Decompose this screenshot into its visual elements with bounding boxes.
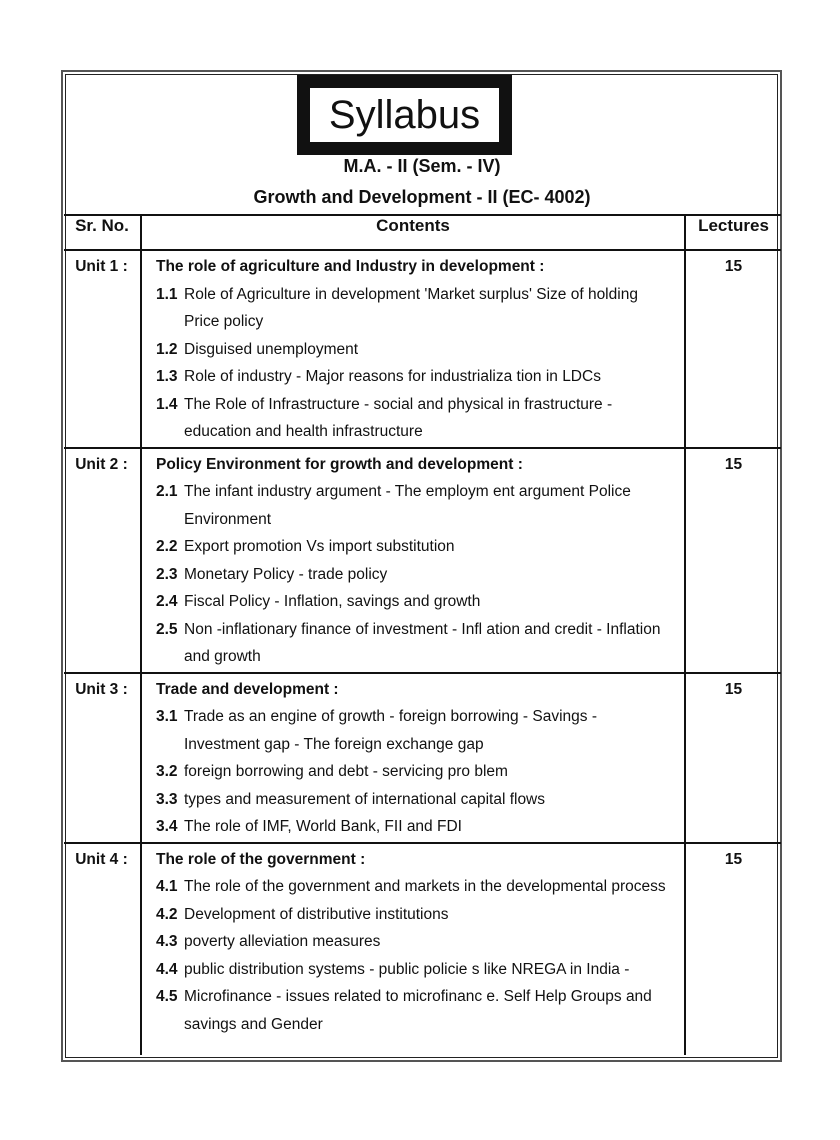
topic-item: 4.1The role of the government and market… (156, 873, 674, 901)
unit-row: Unit 3 : Trade and development : 3.1Trad… (64, 673, 781, 843)
topic-text: Export promotion Vs import substitution (184, 533, 674, 561)
unit-row: Unit 1 : The role of agriculture and Ind… (64, 250, 781, 448)
unit-title: The role of agriculture and Industry in … (156, 253, 674, 281)
topic-list: 1.1Role of Agriculture in development 'M… (156, 281, 674, 446)
spacer-cell (685, 1039, 781, 1055)
topic-item: 4.2Development of distributive instituti… (156, 901, 674, 929)
topic-item: 1.4The Role of Infrastructure - social a… (156, 391, 674, 446)
topic-number: 1.1 (156, 281, 184, 336)
topic-text: Role of Agriculture in development 'Mark… (184, 281, 674, 336)
topic-text: Development of distributive institutions (184, 901, 674, 929)
topic-text: Role of industry - Major reasons for ind… (184, 363, 674, 391)
topic-number: 4.1 (156, 873, 184, 901)
topic-number: 1.2 (156, 336, 184, 364)
unit-contents: Trade and development : 3.1Trade as an e… (141, 673, 685, 843)
unit-row: Unit 2 : Policy Environment for growth a… (64, 448, 781, 673)
topic-number: 1.4 (156, 391, 184, 446)
unit-title: The role of the government : (156, 846, 674, 874)
unit-title: Policy Environment for growth and develo… (156, 451, 674, 479)
unit-contents: The role of agriculture and Industry in … (141, 250, 685, 448)
topic-item: 4.4public distribution systems - public … (156, 956, 674, 984)
header-lectures: Lectures (685, 215, 781, 250)
syllabus-title-box: Syllabus (297, 75, 512, 155)
topic-number: 4.2 (156, 901, 184, 929)
topic-item: 2.3Monetary Policy - trade policy (156, 561, 674, 589)
topic-number: 2.1 (156, 478, 184, 533)
table-body: Unit 1 : The role of agriculture and Ind… (64, 250, 781, 1055)
table-tail-spacer (64, 1039, 781, 1055)
unit-number: Unit 3 : (64, 673, 141, 843)
topic-number: 1.3 (156, 363, 184, 391)
unit-lectures: 15 (685, 250, 781, 448)
paper-title: Growth and Development - II (EC- 4002) (66, 187, 778, 208)
topic-text: Fiscal Policy - Inflation, savings and g… (184, 588, 674, 616)
unit-number: Unit 2 : (64, 448, 141, 673)
course-line: M.A. - II (Sem. - IV) (66, 156, 778, 177)
topic-item: 2.1The infant industry argument - The em… (156, 478, 674, 533)
topic-number: 4.3 (156, 928, 184, 956)
unit-title: Trade and development : (156, 676, 674, 704)
topic-text: types and measurement of international c… (184, 786, 674, 814)
unit-row: Unit 4 : The role of the government : 4.… (64, 843, 781, 1040)
unit-number: Unit 1 : (64, 250, 141, 448)
topic-item: 1.2Disguised unemployment (156, 336, 674, 364)
topic-item: 3.1Trade as an engine of growth - foreig… (156, 703, 674, 758)
topic-number: 4.4 (156, 956, 184, 984)
topic-item: 3.2foreign borrowing and debt - servicin… (156, 758, 674, 786)
topic-number: 2.2 (156, 533, 184, 561)
topic-number: 3.4 (156, 813, 184, 841)
topic-text: public distribution systems - public pol… (184, 956, 674, 984)
topic-text: The Role of Infrastructure - social and … (184, 391, 674, 446)
unit-number: Unit 4 : (64, 843, 141, 1040)
topic-item: 2.5Non -inflationary finance of investme… (156, 616, 674, 671)
topic-item: 3.3types and measurement of internationa… (156, 786, 674, 814)
header-contents: Contents (141, 215, 685, 250)
topic-item: 1.1Role of Agriculture in development 'M… (156, 281, 674, 336)
topic-list: 4.1The role of the government and market… (156, 873, 674, 1038)
topic-number: 2.3 (156, 561, 184, 589)
topic-text: The role of the government and markets i… (184, 873, 674, 901)
topic-number: 4.5 (156, 983, 184, 1038)
topic-item: 3.4The role of IMF, World Bank, FII and … (156, 813, 674, 841)
topic-text: The role of IMF, World Bank, FII and FDI (184, 813, 674, 841)
topic-text: Trade as an engine of growth - foreign b… (184, 703, 674, 758)
topic-text: The infant industry argument - The emplo… (184, 478, 674, 533)
spacer-cell (141, 1039, 685, 1055)
topic-text: poverty alleviation measures (184, 928, 674, 956)
topic-text: Monetary Policy - trade policy (184, 561, 674, 589)
topic-number: 3.2 (156, 758, 184, 786)
syllabus-table: Sr. No. Contents Lectures Unit 1 : The r… (64, 214, 781, 1055)
topic-number: 2.4 (156, 588, 184, 616)
topic-list: 3.1Trade as an engine of growth - foreig… (156, 703, 674, 841)
syllabus-title: Syllabus (310, 88, 499, 142)
unit-contents: The role of the government : 4.1The role… (141, 843, 685, 1040)
topic-item: 2.4Fiscal Policy - Inflation, savings an… (156, 588, 674, 616)
topic-number: 3.1 (156, 703, 184, 758)
table-header-row: Sr. No. Contents Lectures (64, 215, 781, 250)
topic-text: Non -inflationary finance of investment … (184, 616, 674, 671)
unit-lectures: 15 (685, 673, 781, 843)
topic-number: 3.3 (156, 786, 184, 814)
topic-text: Disguised unemployment (184, 336, 674, 364)
topic-number: 2.5 (156, 616, 184, 671)
topic-list: 2.1The infant industry argument - The em… (156, 478, 674, 671)
topic-item: 2.2Export promotion Vs import substituti… (156, 533, 674, 561)
topic-item: 4.3poverty alleviation measures (156, 928, 674, 956)
unit-lectures: 15 (685, 843, 781, 1040)
unit-lectures: 15 (685, 448, 781, 673)
topic-item: 1.3Role of industry - Major reasons for … (156, 363, 674, 391)
topic-text: Microfinance - issues related to microfi… (184, 983, 674, 1038)
spacer-cell (64, 1039, 141, 1055)
topic-text: foreign borrowing and debt - servicing p… (184, 758, 674, 786)
unit-contents: Policy Environment for growth and develo… (141, 448, 685, 673)
header-sr-no: Sr. No. (64, 215, 141, 250)
topic-item: 4.5Microfinance - issues related to micr… (156, 983, 674, 1038)
